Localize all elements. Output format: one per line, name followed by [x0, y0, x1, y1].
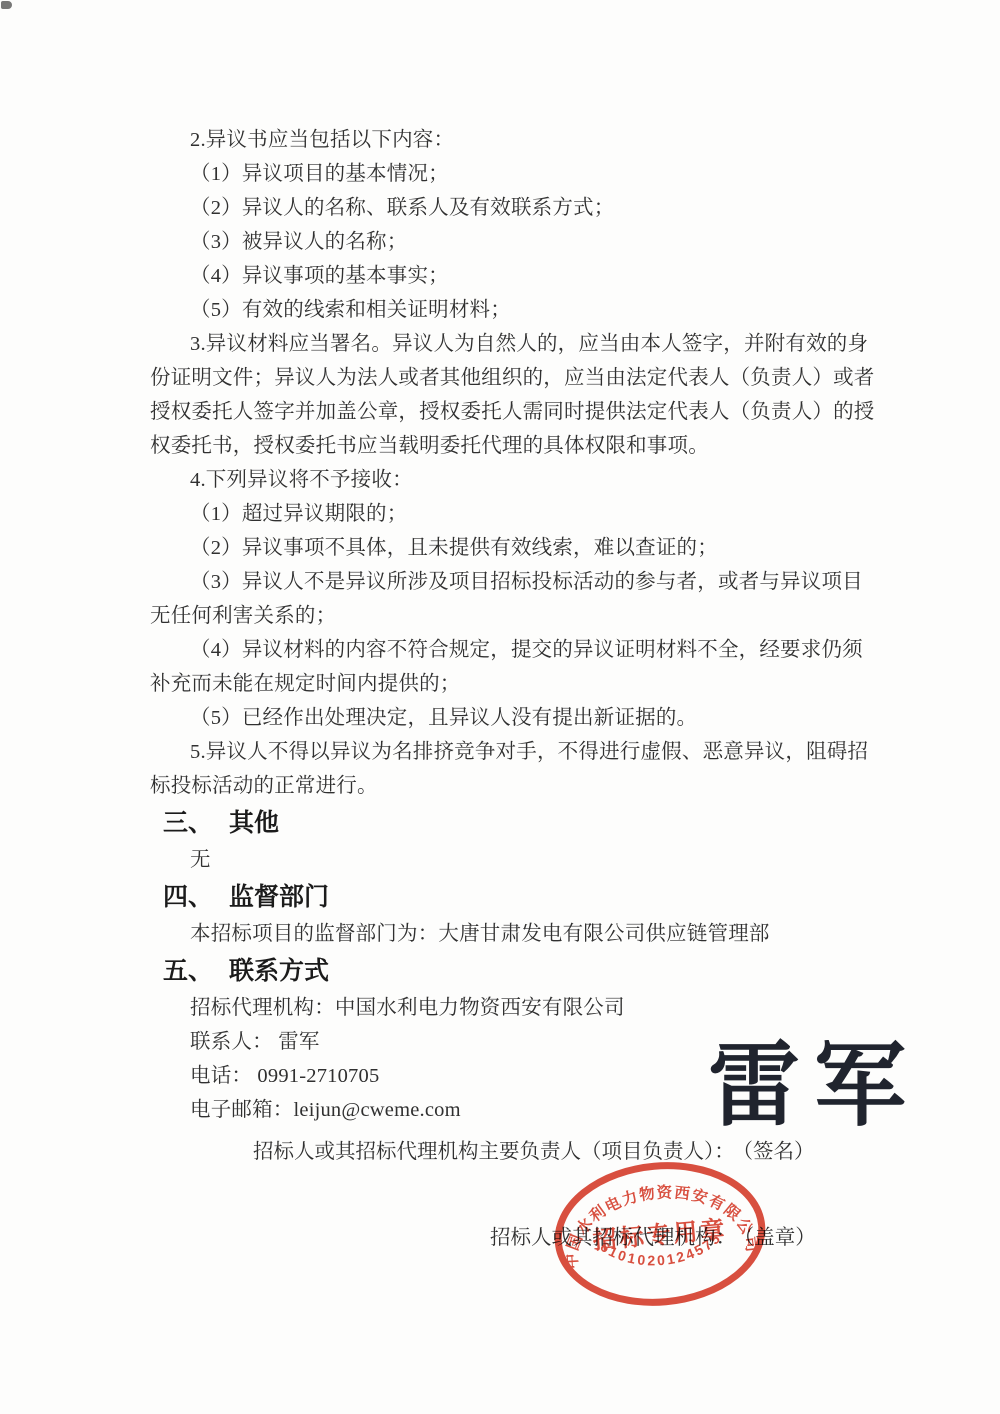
paragraph: 5.异议人不得以异议为名排挤竞争对手，不得进行虚假、恶意异议，阻碍招标投标活动的…	[150, 735, 850, 803]
paragraph-line: （1）超过异议期限的；	[150, 497, 850, 531]
section-heading: 四、监督部门	[150, 877, 850, 917]
paragraph-line: 权委托书，授权委托书应当载明委托代理的具体权限和事项。	[150, 429, 850, 463]
paragraph-line: （3）被异议人的名称；	[150, 225, 850, 259]
section-number: 五、	[163, 957, 213, 985]
section-heading: 三、其他	[150, 803, 850, 843]
paragraph: （5）有效的线索和相关证明材料；	[150, 293, 850, 327]
paragraph-line: （4）异议材料的内容不符合规定，提交的异议证明材料不全，经要求仍须	[150, 633, 850, 667]
handwritten-signature: 雷军	[708, 1038, 920, 1136]
document-page: 2.异议书应当包括以下内容：（1）异议项目的基本情况；（2）异议人的名称、联系人…	[0, 0, 1000, 1414]
section-number: 三、	[163, 809, 213, 837]
paragraph-line: 招标代理机构：中国水利电力物资西安有限公司	[150, 991, 850, 1025]
paragraph: （2）异议人的名称、联系人及有效联系方式；	[150, 191, 850, 225]
paragraph-line: （3）异议人不是异议所涉及项目招标投标活动的参与者，或者与异议项目	[150, 565, 850, 599]
paragraph-line: 份证明文件；异议人为法人或者其他组织的，应当由法定代表人（负责人）或者	[150, 361, 850, 395]
paragraph-line: （5）已经作出处理决定，且异议人没有提出新证据的。	[150, 701, 850, 735]
paragraph: （5）已经作出处理决定，且异议人没有提出新证据的。	[150, 701, 850, 735]
paragraph-line: （2）异议人的名称、联系人及有效联系方式；	[150, 191, 850, 225]
paragraph-line: 授权委托人签字并加盖公章，授权委托人需同时提供法定代表人（负责人）的授	[150, 395, 850, 429]
paragraph-line: 5.异议人不得以异议为名排挤竞争对手，不得进行虚假、恶意异议，阻碍招	[150, 735, 850, 769]
paragraph-line: 无	[150, 843, 850, 877]
paragraph: 招标代理机构：中国水利电力物资西安有限公司	[150, 991, 850, 1025]
section-title: 其他	[229, 809, 279, 837]
paragraph-line: （4）异议事项的基本事实；	[150, 259, 850, 293]
section-number: 四、	[163, 883, 213, 911]
paragraph-line: 标投标活动的正常进行。	[150, 769, 850, 803]
paragraph: 2.异议书应当包括以下内容：	[150, 123, 850, 157]
scan-artifact	[1, 1, 12, 9]
paragraph-line: （2）异议事项不具体，且未提供有效线索，难以查证的；	[150, 531, 850, 565]
paragraph-line: 补充而未能在规定时间内提供的；	[150, 667, 850, 701]
paragraph: 3.异议材料应当署名。异议人为自然人的，应当由本人签字，并附有效的身份证明文件；…	[150, 327, 850, 463]
paragraph: 本招标项目的监督部门为：大唐甘肃发电有限公司供应链管理部	[150, 917, 850, 951]
paragraph-line: 2.异议书应当包括以下内容：	[150, 123, 850, 157]
paragraph-line: （5）有效的线索和相关证明材料；	[150, 293, 850, 327]
paragraph: （1）异议项目的基本情况；	[150, 157, 850, 191]
paragraph: （2）异议事项不具体，且未提供有效线索，难以查证的；	[150, 531, 850, 565]
paragraph: （1）超过异议期限的；	[150, 497, 850, 531]
document-blocks: 2.异议书应当包括以下内容：（1）异议项目的基本情况；（2）异议人的名称、联系人…	[150, 123, 850, 1127]
company-seal-stamp: 中国水利电力物资西安有限公司 招标专用章 6101020124575	[545, 1151, 775, 1317]
paragraph: （4）异议事项的基本事实；	[150, 259, 850, 293]
paragraph-line: 3.异议材料应当署名。异议人为自然人的，应当由本人签字，并附有效的身	[150, 327, 850, 361]
paragraph-line: 4.下列异议将不予接收：	[150, 463, 850, 497]
paragraph: 无	[150, 843, 850, 877]
paragraph-line: 无任何利害关系的；	[150, 599, 850, 633]
section-heading: 五、联系方式	[150, 951, 850, 991]
paragraph: （3）被异议人的名称；	[150, 225, 850, 259]
section-title: 监督部门	[229, 883, 329, 911]
paragraph-line: （1）异议项目的基本情况；	[150, 157, 850, 191]
paragraph-line: 本招标项目的监督部门为：大唐甘肃发电有限公司供应链管理部	[150, 917, 850, 951]
paragraph: （3）异议人不是异议所涉及项目招标投标活动的参与者，或者与异议项目无任何利害关系…	[150, 565, 850, 633]
paragraph: 4.下列异议将不予接收：	[150, 463, 850, 497]
paragraph: （4）异议材料的内容不符合规定，提交的异议证明材料不全，经要求仍须补充而未能在规…	[150, 633, 850, 701]
section-title: 联系方式	[229, 957, 329, 985]
